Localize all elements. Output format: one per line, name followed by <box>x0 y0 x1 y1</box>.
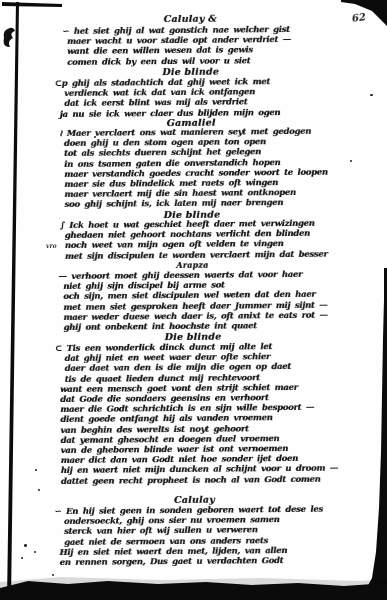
ink-speckle <box>52 574 54 576</box>
ink-speckle <box>24 544 27 547</box>
speaker-heading-calulay: Calulay & <box>95 13 285 26</box>
manuscript-scan-page: 62 Calulay &∽ het siet ghij al wat gonst… <box>0 0 387 600</box>
verse-block: ⊂ Tis een wonderlick dinck dunct mij alt… <box>55 342 338 487</box>
verse-block: ∫ Ick hoet u wat geschiet heeft daer met… <box>60 219 328 262</box>
manuscript-text: Calulay &∽ het siet ghij al wat gonstich… <box>0 0 387 600</box>
ink-speckle <box>34 551 36 553</box>
margin-note: vro <box>46 243 57 250</box>
verse-block: ⊂p ghij als stadachtich dat ghij weet ic… <box>55 77 281 120</box>
verse-block: ∽ En hij siet geen in sonden geboren wae… <box>54 505 323 569</box>
manuscript-line: soo ghij schijnt is, ick laten mij naer … <box>60 198 328 211</box>
ink-speckle <box>38 489 40 491</box>
ink-speckle <box>35 469 37 471</box>
manuscript-line: en rennen sorgen, Dus gaet u verdachten … <box>55 556 323 569</box>
manuscript-line: dattet geen recht propheet is noch al va… <box>56 474 338 487</box>
verse-block: — verhoort moet ghij deessen waerts dat … <box>58 270 327 334</box>
ink-speckle <box>21 557 23 559</box>
speaker-heading-arapza: Arapza <box>97 259 287 271</box>
verse-block: ∽ het siet ghij al wat gonstich nae welc… <box>62 25 291 68</box>
verse-block: ≀ Maer verclaert ons wat manieren seyt m… <box>59 127 328 211</box>
ink-speckle <box>370 94 373 96</box>
ink-speckle <box>350 160 352 162</box>
ink-speckle <box>94 136 96 138</box>
